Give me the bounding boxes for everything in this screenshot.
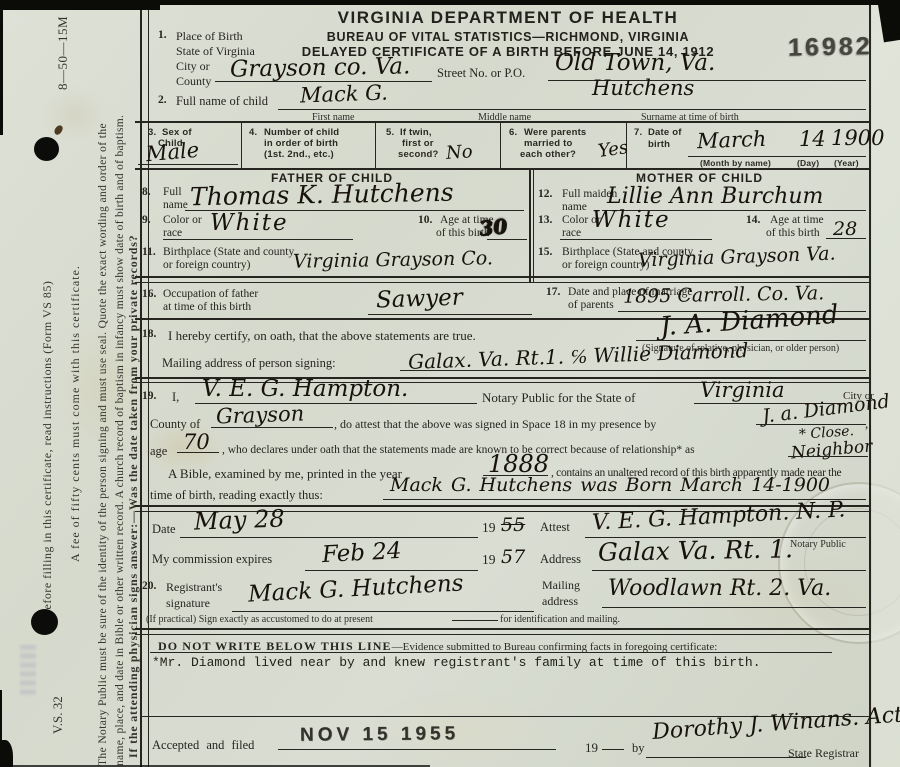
notary-mid3: , who declares under oath that the state…	[222, 444, 695, 456]
commission-label: My commission expires	[152, 552, 272, 567]
item-16-label-line1: Occupation of father	[163, 288, 258, 300]
item-5-label-line2: first or	[402, 138, 434, 149]
item-4-label-line2: in order of birth	[264, 138, 338, 149]
certifier-signature-handwritten: J. A. Diamond	[659, 302, 839, 340]
accepted-year-line	[602, 749, 624, 750]
item-18-number: 18.	[142, 328, 156, 340]
margin-form-code-bottom: V.S. 32	[50, 696, 66, 734]
relationship-handwritten: Neighbor	[790, 438, 873, 462]
accepted-year-prefix: 19	[585, 740, 598, 756]
item-7-label-line1: Date of	[648, 127, 682, 138]
item-15-number: 15.	[538, 246, 552, 258]
dob-day-handwritten: 14	[799, 129, 826, 150]
item-5-label-line3: second?	[398, 149, 438, 160]
item-17-number: 17.	[546, 286, 560, 298]
item-12-number: 12.	[538, 188, 552, 200]
scan-edge-top-left	[0, 0, 160, 10]
item-8-number: 8.	[142, 186, 151, 198]
item-15-label-line2: or foreign country)	[562, 259, 650, 271]
child-surname-handwritten: Hutchens	[592, 78, 694, 99]
father-age-line	[487, 239, 527, 240]
center-divider	[529, 168, 531, 282]
form-border-right	[869, 4, 871, 767]
bible-record-handwritten: Mack G. Hutchens was Born March 14-1900	[390, 476, 830, 495]
ink-speck	[53, 124, 64, 136]
relationship-line	[788, 456, 868, 457]
notary-county-line	[211, 427, 333, 428]
mother-race-handwritten: White	[592, 209, 671, 232]
father-birthplace-handwritten: Virginia Grayson Co.	[293, 249, 493, 271]
item-7-label-line2: birth	[648, 139, 670, 150]
item-4-number: 4.	[249, 127, 257, 138]
street-label: Street No. or P.O.	[437, 66, 525, 81]
item-1-label-line3: City or	[176, 59, 210, 74]
date-year-handwritten: 55	[501, 516, 525, 535]
item-3-number: 3.	[148, 127, 156, 138]
item-13-number: 13.	[538, 214, 552, 226]
item-13-label-line2: race	[562, 227, 581, 239]
item-3-label-line1: Sex of	[162, 127, 192, 138]
commission-year-handwritten: 57	[501, 548, 525, 567]
date-handwritten: May 28	[194, 506, 285, 533]
item-7-number: 7.	[634, 127, 642, 138]
notary-mid2: , do attest that the above was signed in…	[334, 417, 656, 432]
caption-day: (Day)	[797, 158, 819, 168]
warning-underline	[150, 652, 832, 653]
mother-age-handwritten: 28	[833, 220, 857, 239]
accepted-filed-label: Accepted and filed	[152, 738, 254, 753]
margin-note-notary-1: The Notary Public must be sure of the id…	[97, 123, 109, 766]
mailing-address-label: Mailing address of person signing:	[162, 356, 336, 371]
father-race-line	[163, 239, 353, 240]
item-1-label-line1: Place of Birth	[176, 29, 243, 44]
notary-pre1: I,	[172, 390, 179, 405]
attest-label: Attest	[540, 520, 570, 535]
item-14-label-line1: Age at time	[770, 214, 824, 226]
mother-birthplace-handwritten: Virginia Grayson Va.	[638, 245, 836, 271]
witness-age-handwritten: 70	[183, 432, 210, 453]
sex-writing-line	[138, 164, 238, 165]
item-9-number: 9.	[142, 214, 151, 226]
item-2-writing-line	[278, 109, 866, 110]
caption-year: (Year)	[834, 158, 859, 168]
witness-age-line	[177, 452, 219, 453]
punch-hole-top	[34, 137, 59, 161]
father-name-handwritten: Thomas K. Hutchens	[190, 180, 454, 210]
date-line	[180, 537, 478, 538]
cell-divider	[500, 122, 501, 168]
by-label: by	[632, 741, 645, 756]
item-16-number: 16.	[142, 288, 156, 300]
mother-name-handwritten: Lillie Ann Burchum	[607, 186, 823, 208]
registrant-caption-2: for identification and mailing.	[500, 614, 620, 625]
birth-certificate-scan: 8—50—15M V.S. 32 Before filling in this …	[0, 0, 900, 767]
dob-month-handwritten: March	[697, 129, 767, 152]
item-2-label: Full name of child	[176, 94, 268, 109]
center-divider-inner	[533, 168, 534, 282]
notary-pre3: age	[150, 444, 167, 459]
section-rule	[135, 121, 869, 123]
item-1-label-line4: County	[176, 74, 211, 89]
item-18-text: I hereby certify, on oath, that the abov…	[168, 328, 476, 344]
item-4-label-line1: Number of child	[264, 127, 339, 138]
item-5-number: 5.	[386, 127, 394, 138]
caption-dash-line	[452, 620, 498, 621]
scan-edge-bottom-left-corner	[0, 740, 13, 767]
item-5-label-line1: If twin,	[400, 127, 432, 138]
accepted-line	[278, 749, 556, 750]
notary-mid1: Notary Public for the State of	[482, 390, 635, 406]
item-8-label-line1: Full	[163, 186, 182, 198]
margin-note-instructions: Before filling in this certificate, read…	[40, 281, 55, 618]
item-9-label-line1: Color or	[163, 214, 202, 226]
row-rule	[135, 168, 869, 170]
father-race-handwritten: White	[210, 212, 289, 235]
registrant-signature-handwritten: Mack G. Hutchens	[248, 572, 465, 606]
warning-bold: DO NOT WRITE BELOW THIS LINE	[158, 639, 392, 653]
commission-date-handwritten: Feb 24	[321, 540, 402, 567]
address-label: Address	[540, 552, 581, 567]
notary-pre4: A Bible, examined by me, printed in the …	[168, 466, 402, 482]
notary-name-handwritten: V. E. G. Hampton.	[202, 378, 408, 401]
date-label: Date	[152, 522, 176, 537]
form-title: VIRGINIA DEPARTMENT OF HEALTH	[150, 8, 866, 28]
bible-year-handwritten: 1888	[488, 452, 549, 476]
street-value-handwritten: Old Town, Va.	[555, 52, 715, 75]
cell-divider	[241, 122, 242, 168]
item-6-label-line2: married to	[524, 138, 572, 149]
item-20-number: 20.	[142, 580, 156, 592]
item-11-label-line2: or foreign country)	[163, 259, 251, 271]
item-6-label-line1: Were parents	[524, 127, 586, 138]
dob-year-handwritten: 1900	[831, 128, 884, 149]
father-age-handwritten: 30	[478, 216, 508, 239]
sex-value-handwritten: Male	[145, 140, 200, 166]
mother-section-header: MOTHER OF CHILD	[530, 171, 869, 185]
item-20-label-line2: signature	[166, 596, 210, 611]
child-first-name-handwritten: Mack G.	[300, 82, 389, 106]
serial-number-stamp: 16982	[788, 32, 873, 62]
occupation-handwritten: Sawyer	[376, 286, 464, 312]
typed-evidence-note: *Mr. Diamond lived near by and knew regi…	[152, 655, 761, 670]
caption-month: (Month by name)	[700, 158, 771, 168]
notary-state-handwritten: Virginia	[700, 380, 784, 401]
notary-end2: ,	[865, 416, 868, 432]
registrar-signature-line	[646, 757, 806, 758]
paper-right-strip	[872, 0, 900, 767]
item-1-number: 1.	[158, 29, 167, 41]
registrar-signature-handwritten: Dorothy J. Winans. Acting	[652, 702, 900, 744]
item-11-label-line1: Birthplace (State and county	[163, 246, 294, 258]
item-10-number: 10.	[418, 214, 432, 226]
item-2-number: 2.	[158, 94, 167, 106]
commission-year-prefix: 19	[482, 552, 496, 568]
mailing-address-line	[400, 370, 866, 371]
item-6-label-line3: each other?	[520, 149, 576, 160]
item-14-number: 14.	[746, 214, 760, 226]
address-line	[592, 570, 866, 571]
mailing-address-handwritten: Galax. Va. Rt.1. ℅ Willie Diamond	[408, 340, 749, 372]
form-border-left-inner	[148, 4, 149, 767]
registrant-mailing-label-line2: address	[542, 594, 578, 609]
mother-race-line	[560, 239, 712, 240]
margin-form-code-top: 8—50—15M	[55, 16, 71, 90]
section-rule	[135, 628, 869, 630]
item-17-label-line2: of parents	[568, 299, 614, 311]
margin-note-notary-2: name, place, and date in Bible or other …	[114, 115, 126, 766]
item-14-label-line2: of this birth	[766, 227, 820, 239]
item-19-number: 19.	[142, 390, 156, 402]
attest-caption: Notary Public	[790, 539, 846, 550]
item-4-label-line3: (1st. 2nd., etc.)	[264, 149, 334, 160]
margin-note-fee: A fee of fifty cents must come with this…	[68, 265, 83, 562]
occupation-line	[368, 314, 532, 315]
form-subtitle-bureau: BUREAU OF VITAL STATISTICS—RICHMOND, VIR…	[150, 30, 866, 44]
faint-ink-stamp	[20, 645, 36, 697]
item-20-label-line1: Registrant's	[166, 580, 222, 595]
registrant-signature-line	[232, 611, 534, 612]
section-rule	[135, 634, 869, 635]
item-12-label-line2: name	[562, 201, 587, 213]
notary-pre5: time of birth, reading exactly thus:	[150, 488, 323, 503]
registrant-mailing-label-line1: Mailing	[542, 578, 580, 593]
item-9-label-line2: race	[163, 227, 182, 239]
section-rule	[135, 276, 869, 278]
registrant-mailing-handwritten: Woodlawn Rt. 2. Va.	[608, 578, 831, 600]
registrant-mailing-line	[602, 607, 866, 608]
received-date-stamp: NOV 15 1955	[300, 723, 459, 746]
form-border-left	[140, 4, 142, 767]
registrant-caption: (If practical) Sign exactly as accustome…	[146, 614, 373, 625]
state-registrar-label: State Registrar	[788, 746, 859, 761]
twin-value-handwritten: No	[445, 143, 473, 163]
punch-hole-bottom	[31, 609, 58, 635]
item-1-value-handwritten: Grayson co. Va.	[230, 55, 411, 81]
margin-note-physician: If the attending physician signs answer:…	[126, 235, 141, 758]
item-6-number: 6.	[509, 127, 517, 138]
mother-age-line	[826, 238, 866, 239]
date-year-prefix: 19	[482, 520, 496, 536]
item-16-label-line2: at time of this birth	[163, 301, 251, 313]
married-value-handwritten: Yes	[597, 139, 629, 161]
item-11-number: 11.	[142, 246, 156, 258]
address-handwritten: Galax Va. Rt. 1.	[598, 536, 793, 564]
cell-divider	[375, 122, 376, 168]
notary-county-handwritten: Grayson	[216, 403, 305, 427]
scan-edge-left-top	[0, 0, 3, 135]
